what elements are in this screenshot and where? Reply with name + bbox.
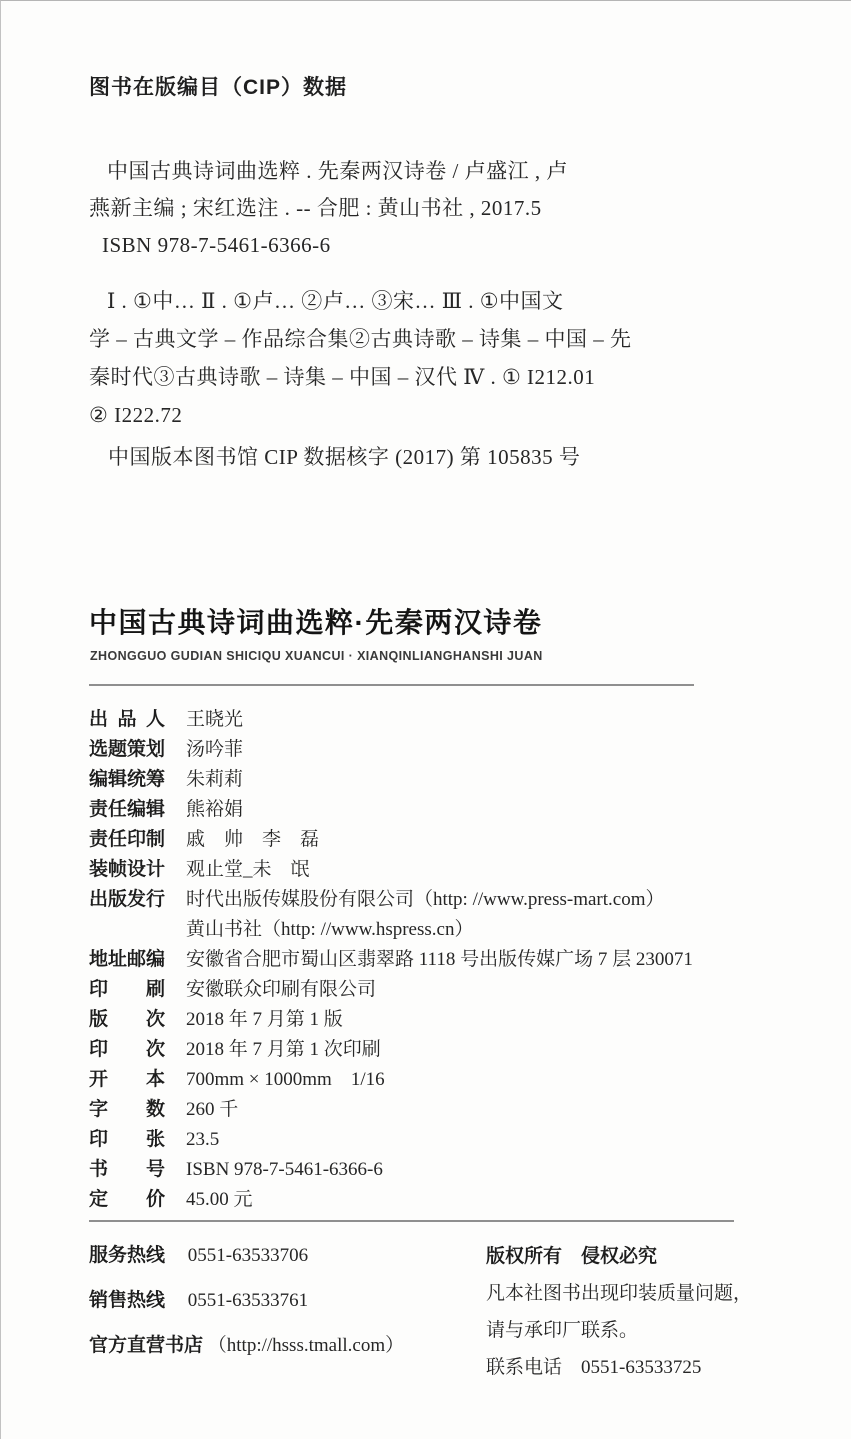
credit-label: 装帧设计 — [89, 855, 165, 885]
publication-credits: 出品人 王晓光 选题策划 汤吟菲 编辑统筹 朱莉莉 责任编辑 熊裕娟 责任印制 … — [89, 705, 789, 1215]
credit-row-design: 装帧设计 观止堂_未 氓 — [89, 855, 789, 885]
service-hotline-label: 服务热线 — [89, 1245, 165, 1266]
credit-value: 2018 年 7 月第 1 次印刷 — [186, 1035, 381, 1065]
credit-row-producer: 出品人 王晓光 — [89, 705, 789, 735]
sales-hotline-number: 0551-63533761 — [188, 1290, 308, 1311]
service-hotline-number: 0551-63533706 — [188, 1245, 308, 1266]
title-divider — [89, 684, 694, 686]
sales-hotline-label: 销售热线 — [89, 1290, 165, 1311]
credit-value: 朱莉莉 — [186, 765, 243, 795]
rights-title: 版权所有 侵权必究 — [486, 1238, 766, 1275]
credit-value: ISBN 978-7-5461-6366-6 — [186, 1155, 383, 1185]
credit-label: 选题策划 — [89, 735, 165, 765]
service-hotline-row: 服务热线 0551-63533706 — [89, 1241, 479, 1286]
book-title-pinyin: ZHONGGUO GUDIAN SHICIQU XUANCUI · XIANQI… — [90, 649, 543, 663]
footer-divider — [89, 1220, 734, 1222]
credit-label: 定价 — [89, 1185, 165, 1215]
footer-contact-left: 服务热线 0551-63533706 销售热线 0551-63533761 官方… — [89, 1241, 479, 1376]
credit-value: 安徽联众印刷有限公司 — [186, 975, 376, 1005]
credit-label: 印次 — [89, 1035, 165, 1065]
credit-label: 版次 — [89, 1005, 165, 1035]
credit-value: 熊裕娟 — [186, 795, 243, 825]
credit-value: 45.00 元 — [186, 1185, 253, 1215]
credit-label: 出品人 — [89, 705, 165, 735]
copyright-page: 图书在版编目（CIP）数据 中国古典诗词曲选粹 . 先秦两汉诗卷 / 卢盛江 ,… — [0, 0, 851, 1439]
book-title: 中国古典诗词曲选粹·先秦两汉诗卷 — [89, 601, 542, 641]
cip-class-line3: 秦时代③古典诗歌 – 诗集 – 中国 – 汉代 Ⅳ . ① I212.01 — [89, 358, 719, 396]
publisher-line1: 时代出版传媒股份有限公司（http: //www.press-mart.com） — [186, 885, 664, 915]
credit-row-format: 开本 700mm × 1000mm 1/16 — [89, 1065, 789, 1095]
sales-hotline-row: 销售热线 0551-63533761 — [89, 1286, 479, 1331]
rights-line2: 请与承印厂联系。 — [486, 1312, 766, 1349]
credit-row-sheets: 印张 23.5 — [89, 1125, 789, 1155]
credit-row-editor: 责任编辑 熊裕娟 — [89, 795, 789, 825]
credit-value: 王晓光 — [186, 705, 243, 735]
cip-class-line1: Ⅰ . ①中… Ⅱ . ①卢… ②卢… ③宋… Ⅲ . ①中国文 — [89, 282, 719, 320]
credit-value: 安徽省合肥市蜀山区翡翠路 1118 号出版传媒广场 7 层 230071 — [186, 945, 693, 975]
credit-label: 地址邮编 — [89, 945, 165, 975]
credit-row-planning: 选题策划 汤吟菲 — [89, 735, 789, 765]
cip-record: 中国古典诗词曲选粹 . 先秦两汉诗卷 / 卢盛江 , 卢 燕新主编 ; 宋红选注… — [89, 153, 689, 264]
credit-row-address: 地址邮编 安徽省合肥市蜀山区翡翠路 1118 号出版传媒广场 7 层 23007… — [89, 945, 789, 975]
credit-value: 260 千 — [186, 1095, 238, 1125]
credit-label: 出版发行 — [89, 885, 165, 915]
official-store-row: 官方直营书店 （http://hsss.tmall.com） — [89, 1331, 479, 1376]
credit-label: 责任印制 — [89, 825, 165, 855]
official-store-url: （http://hsss.tmall.com） — [208, 1335, 404, 1356]
credit-value: 时代出版传媒股份有限公司（http: //www.press-mart.com）… — [186, 885, 664, 945]
credit-row-printer: 印刷 安徽联众印刷有限公司 — [89, 975, 789, 1005]
credit-row-print-supervisor: 责任印制 戚 帅 李 磊 — [89, 825, 789, 855]
credit-value: 700mm × 1000mm 1/16 — [186, 1065, 385, 1095]
credit-row-isbn: 书号 ISBN 978-7-5461-6366-6 — [89, 1155, 789, 1185]
credit-row-price: 定价 45.00 元 — [89, 1185, 789, 1215]
cip-record-line1: 中国古典诗词曲选粹 . 先秦两汉诗卷 / 卢盛江 , 卢 — [89, 153, 689, 190]
copyright-notice: 版权所有 侵权必究 凡本社图书出现印装质量问题， 请与承印厂联系。 联系电话 0… — [486, 1238, 766, 1386]
credit-value: 戚 帅 李 磊 — [186, 825, 319, 855]
credit-label: 印张 — [89, 1125, 165, 1155]
credit-row-impression: 印次 2018 年 7 月第 1 次印刷 — [89, 1035, 789, 1065]
credit-row-wordcount: 字数 260 千 — [89, 1095, 789, 1125]
credit-value: 汤吟菲 — [186, 735, 243, 765]
rights-line1: 凡本社图书出现印装质量问题， — [486, 1275, 766, 1312]
credit-label: 书号 — [89, 1155, 165, 1185]
rights-phone: 联系电话 0551-63533725 — [486, 1349, 766, 1386]
publisher-line2: 黄山书社（http: //www.hspress.cn） — [186, 915, 664, 945]
cip-record-isbn: ISBN 978-7-5461-6366-6 — [89, 227, 689, 264]
credit-label: 责任编辑 — [89, 795, 165, 825]
credit-row-publisher: 出版发行 时代出版传媒股份有限公司（http: //www.press-mart… — [89, 885, 789, 945]
credit-value: 23.5 — [186, 1125, 219, 1155]
credit-row-coordinator: 编辑统筹 朱莉莉 — [89, 765, 789, 795]
credit-label: 编辑统筹 — [89, 765, 165, 795]
cip-classification: Ⅰ . ①中… Ⅱ . ①卢… ②卢… ③宋… Ⅲ . ①中国文 学 – 古典文… — [89, 282, 719, 434]
cip-header: 图书在版编目（CIP）数据 — [89, 71, 347, 101]
credit-label: 开本 — [89, 1065, 165, 1095]
credit-value: 2018 年 7 月第 1 版 — [186, 1005, 343, 1035]
cip-registry-number: 中国版本图书馆 CIP 数据核字 (2017) 第 105835 号 — [89, 441, 709, 471]
credit-label: 印刷 — [89, 975, 165, 1005]
cip-class-line4: ② I222.72 — [89, 396, 719, 434]
cip-class-line2: 学 – 古典文学 – 作品综合集②古典诗歌 – 诗集 – 中国 – 先 — [89, 320, 719, 358]
credit-label: 字数 — [89, 1095, 165, 1125]
cip-record-line2: 燕新主编 ; 宋红选注 . -- 合肥 : 黄山书社 , 2017.5 — [89, 196, 542, 220]
credit-value: 观止堂_未 氓 — [186, 855, 310, 885]
credit-row-edition: 版次 2018 年 7 月第 1 版 — [89, 1005, 789, 1035]
official-store-label: 官方直营书店 — [89, 1335, 203, 1356]
